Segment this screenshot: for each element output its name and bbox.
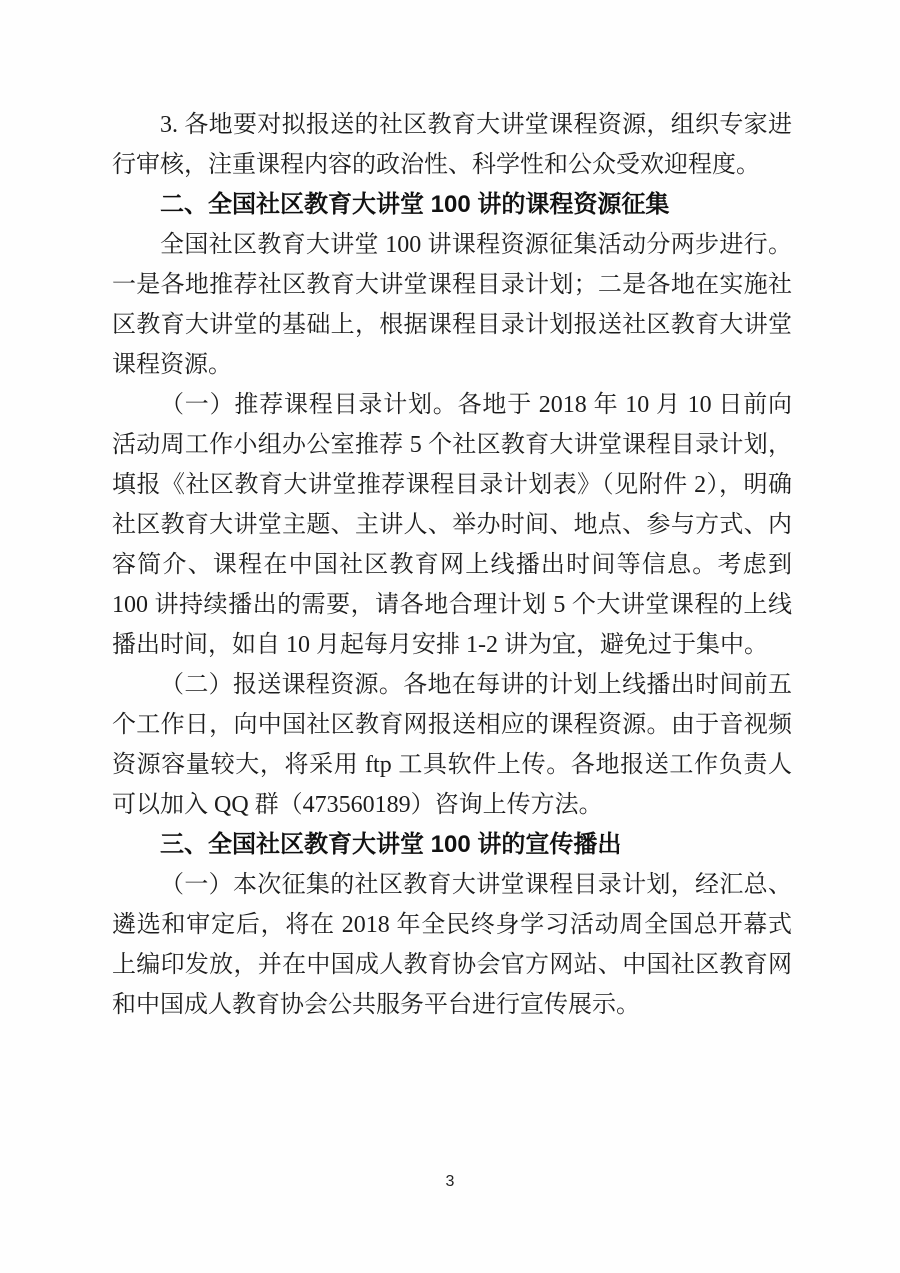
section-heading-course-resource-collection: 二、全国社区教育大讲堂 100 讲的课程资源征集 [112, 185, 792, 225]
document-body: 3. 各地要对拟报送的社区教育大讲堂课程资源，组织专家进行审核，注重课程内容的政… [112, 105, 792, 1025]
document-page: 3. 各地要对拟报送的社区教育大讲堂课程资源，组织专家进行审核，注重课程内容的政… [0, 0, 900, 1273]
page-number: 3 [0, 1172, 900, 1192]
paragraph-submit-course-resources: （二）报送课程资源。各地在每讲的计划上线播出时间前五个工作日，向中国社区教育网报… [112, 665, 792, 825]
paragraph-review-requirement: 3. 各地要对拟报送的社区教育大讲堂课程资源，组织专家进行审核，注重课程内容的政… [112, 105, 792, 185]
paragraph-collection-two-steps: 全国社区教育大讲堂 100 讲课程资源征集活动分两步进行。一是各地推荐社区教育大… [112, 225, 792, 385]
paragraph-publicity-display: （一）本次征集的社区教育大讲堂课程目录计划，经汇总、遴选和审定后，将在 2018… [112, 865, 792, 1025]
section-heading-publicity-broadcast: 三、全国社区教育大讲堂 100 讲的宣传播出 [112, 825, 792, 865]
paragraph-recommend-catalog-plan: （一）推荐课程目录计划。各地于 2018 年 10 月 10 日前向活动周工作小… [112, 385, 792, 665]
